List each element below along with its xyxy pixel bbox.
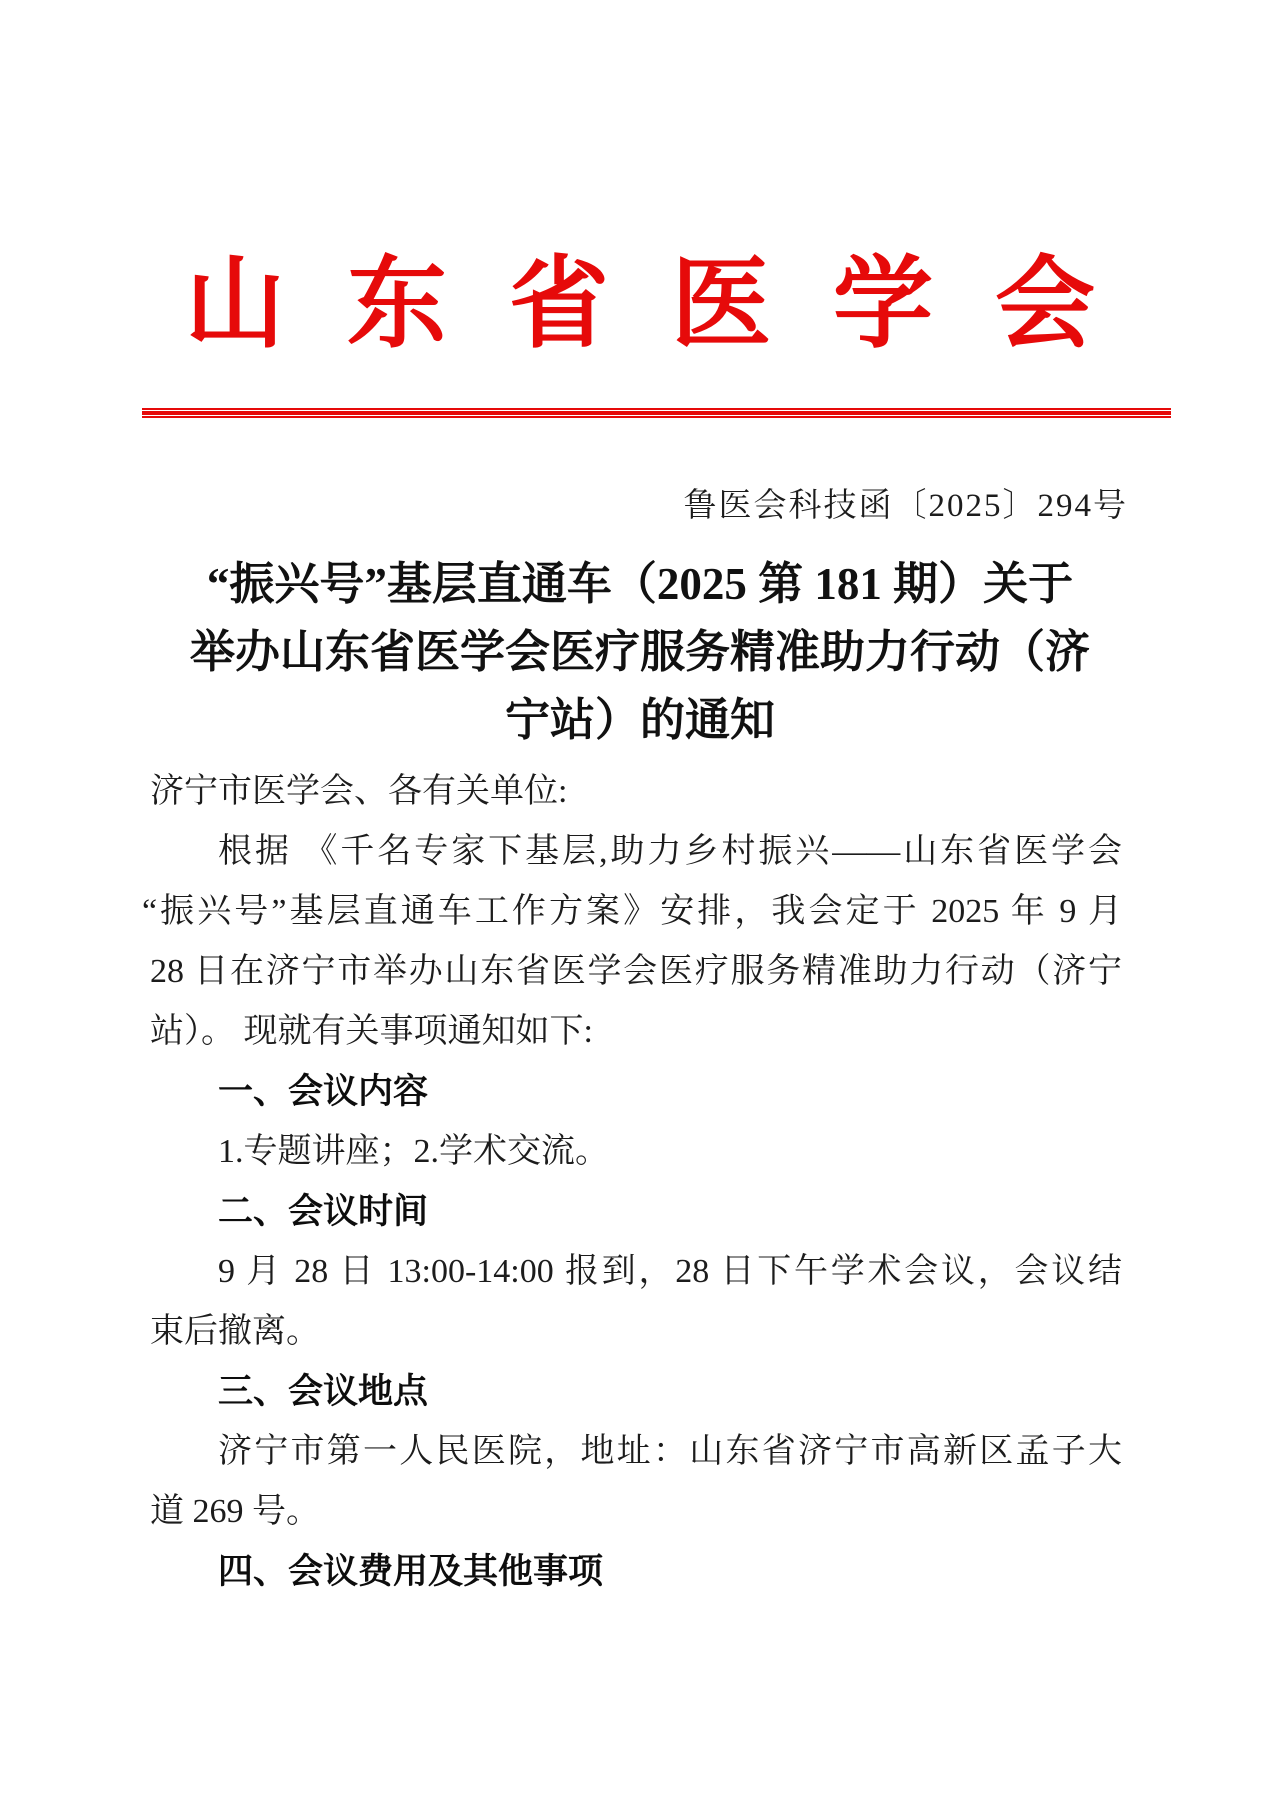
paragraph-1-line-3: 28 日在济宁市举办山东省医学会医疗服务精准助力行动（济宁 [150,942,1122,1002]
paragraph-1-line-1: 根据 《千名专家下基层,助力乡村振兴——山东省医学会 [150,822,1122,882]
section-4-heading: 四、会议费用及其他事项 [150,1542,1122,1602]
red-separator-line [142,408,1171,418]
notice-title: “振兴号”基层直通车（2025 第 181 期）关于 举办山东省医学会医疗服务精… [0,550,1280,754]
section-2-line-1: 9 月 28 日 13:00-14:00 报到，28 日下午学术会议，会议结 [150,1242,1122,1302]
section-3-heading: 三、会议地点 [150,1362,1122,1422]
letterhead-org-name: 山东省医学会 [0,0,1280,360]
section-1-line-1: 1.专题讲座；2.学术交流。 [150,1122,1122,1182]
paragraph-1-line-4: 站）。 现就有关事项通知如下: [150,1002,1122,1062]
notice-body: 济宁市医学会、各有关单位: 根据 《千名专家下基层,助力乡村振兴——山东省医学会… [0,762,1280,1602]
section-1-heading: 一、会议内容 [150,1062,1122,1122]
notice-title-line-2: 举办山东省医学会医疗服务精准助力行动（济 [0,618,1280,686]
document-page: 山东省医学会 鲁医会科技函〔2025〕294号 “振兴号”基层直通车（2025 … [0,0,1280,1811]
notice-title-line-1: “振兴号”基层直通车（2025 第 181 期）关于 [0,550,1280,618]
notice-title-line-3: 宁站）的通知 [0,686,1280,754]
section-2-line-2: 束后撤离。 [150,1302,1122,1362]
paragraph-1-line-2: “振兴号”基层直通车工作方案》安排，我会定于 2025 年 9 月 [142,882,1122,942]
section-3-line-2: 道 269 号。 [150,1482,1122,1542]
salutation-line: 济宁市医学会、各有关单位: [150,762,1122,822]
section-2-heading: 二、会议时间 [150,1182,1122,1242]
section-3-line-1: 济宁市第一人民医院，地址：山东省济宁市高新区孟子大 [150,1422,1122,1482]
document-reference-number: 鲁医会科技函〔2025〕294号 [0,488,1280,524]
